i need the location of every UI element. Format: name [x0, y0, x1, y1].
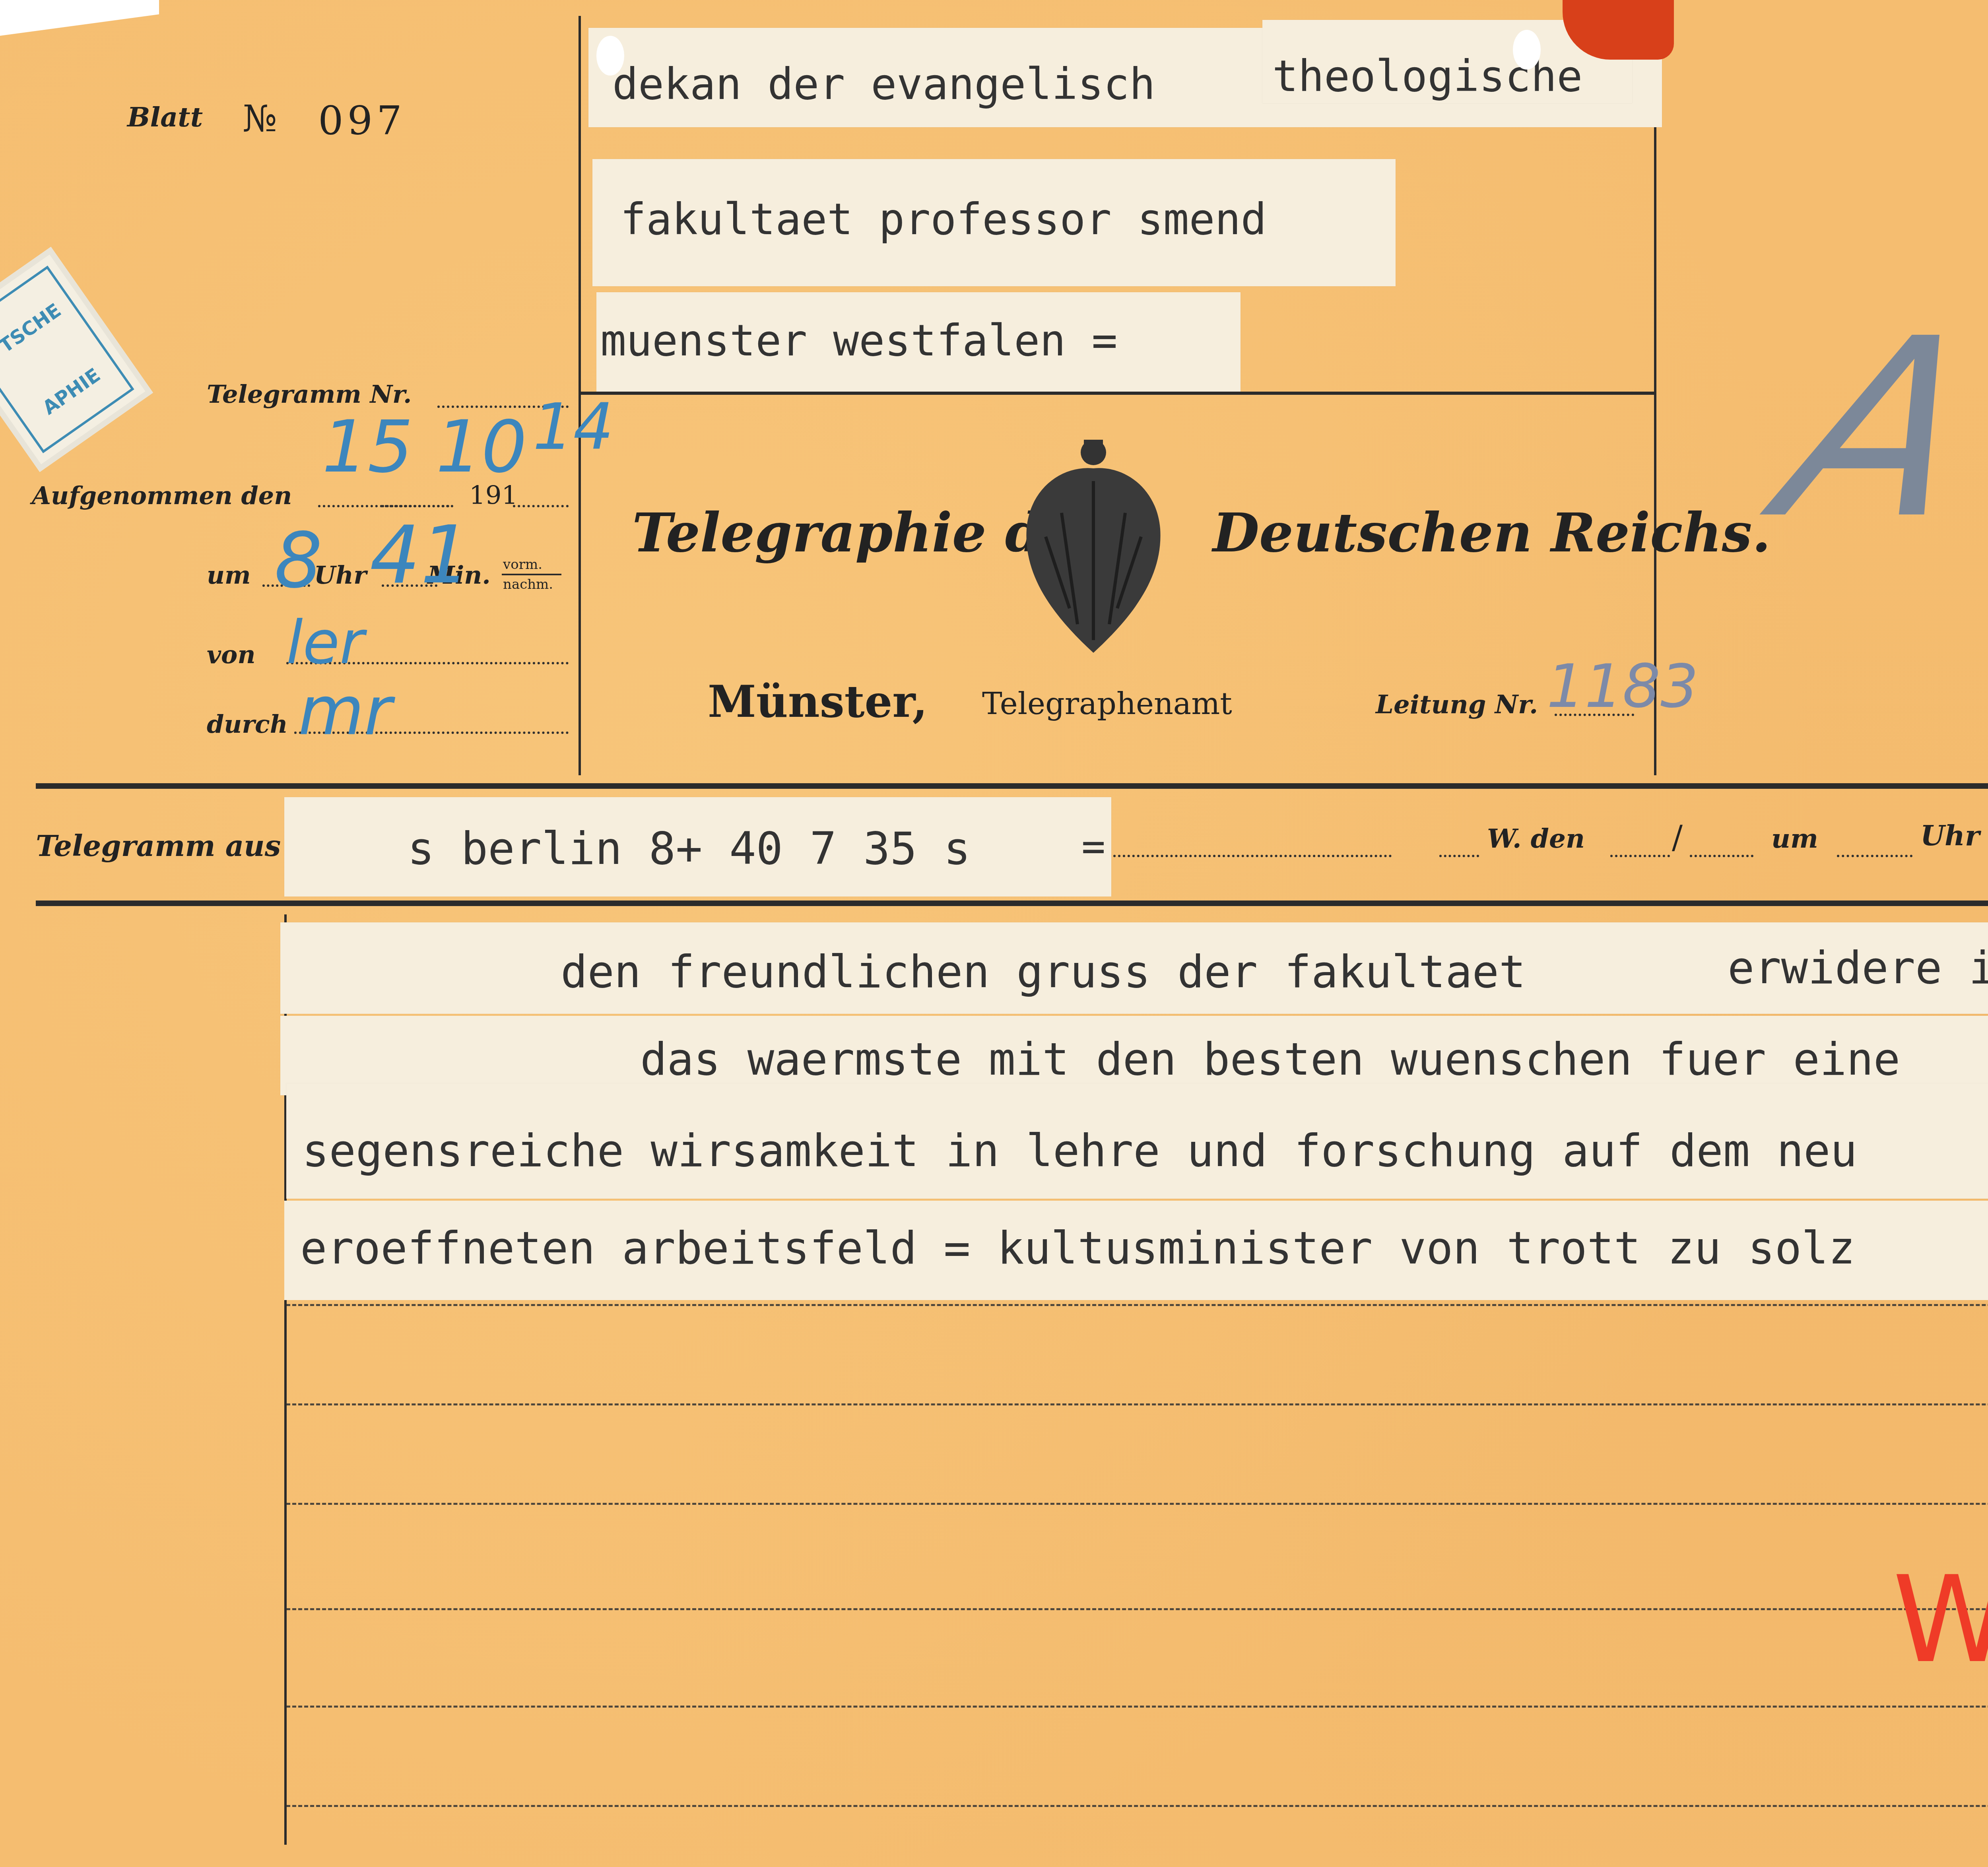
- year-field[interactable]: [513, 505, 569, 507]
- aufgenommen-month-field[interactable]: [382, 505, 453, 507]
- ruled-line-3: [286, 1304, 1988, 1306]
- um2-label: um: [1771, 823, 1818, 854]
- punch-hole-right: [1513, 30, 1541, 70]
- pencil-mark: A: [1730, 286, 1988, 573]
- torn-corner: [0, 0, 159, 36]
- hand-durch: mr: [298, 672, 392, 751]
- office-city: Münster,: [708, 676, 928, 727]
- ruled-line-8: [286, 1805, 1988, 1807]
- message-line-3: segensreiche wirsamkeit in lehre und for…: [302, 1125, 1857, 1177]
- address-line-2: fakultaet professor smend: [620, 195, 1267, 245]
- w-day-field[interactable]: [1610, 855, 1670, 857]
- uhr2-label: Uhr: [1920, 819, 1980, 852]
- origin-row-top-rule: [36, 783, 1988, 789]
- header-title-right: Deutschen Reichs.: [1213, 501, 1771, 564]
- durch-label: durch: [207, 710, 288, 739]
- stamp-text-top: TSCHE: [0, 299, 65, 357]
- stamp-text-bottom: APHIE: [39, 364, 105, 419]
- address-line-3: muenster westfalen =: [600, 316, 1117, 366]
- w-den-label: W. den: [1487, 823, 1585, 854]
- vorm-nachm-divider: [502, 574, 561, 575]
- um-label: um: [207, 561, 251, 590]
- origin-equals: =: [1081, 823, 1105, 869]
- ruled-line-6: [286, 1608, 1988, 1610]
- hand-von: ler: [286, 608, 364, 677]
- ruled-line-5: [286, 1503, 1988, 1505]
- blatt-label: Blatt: [127, 101, 203, 133]
- message-line-4: eroeffneten arbeitsfeld = kultusminister…: [300, 1223, 1855, 1274]
- w-month-field[interactable]: [1690, 855, 1753, 857]
- stamp-frame: TSCHE APHIE: [0, 266, 134, 453]
- leitung-label: Leitung Nr.: [1376, 690, 1538, 720]
- hand-minutes: 41: [370, 509, 471, 602]
- message-line-2: das waermste mit den besten wuenschen fu…: [640, 1034, 1900, 1085]
- vorm-label: vorm.: [503, 557, 542, 573]
- origin-fill-line[interactable]: [1113, 855, 1392, 857]
- date-slash: /: [1672, 819, 1683, 856]
- address-line-1a: dekan der evangelisch: [612, 60, 1155, 109]
- telegramm-nr-label: Telegramm Nr.: [207, 380, 412, 409]
- telegraph-stamp: TSCHE APHIE: [0, 247, 153, 472]
- telegramm-aus-label: Telegramm aus: [36, 829, 281, 863]
- w-prefix-field[interactable]: [1439, 855, 1479, 857]
- number-sign: №: [243, 97, 277, 140]
- office-name: Telegraphenamt: [982, 686, 1232, 721]
- telegram-form: Blatt № 097 TSCHE APHIE dekan der evange…: [0, 0, 1988, 1867]
- origin-line: s berlin 8+ 40 7 35 s: [408, 823, 971, 875]
- hour2-field[interactable]: [1837, 855, 1912, 857]
- hand-hour: 8: [274, 517, 322, 605]
- message-line-1a: den freundlichen gruss der fakultaet: [561, 946, 1526, 998]
- ruled-line-4: [286, 1403, 1988, 1405]
- leitung-value: 1183: [1547, 652, 1699, 721]
- header-divider: [580, 392, 1654, 395]
- aufgenommen-label: Aufgenommen den: [32, 481, 292, 510]
- message-line-1b: erwidere ich auf: [1728, 942, 1988, 994]
- von-label: von: [207, 640, 255, 669]
- nachm-label: nachm.: [503, 576, 553, 592]
- imperial-eagle-icon: [1010, 433, 1177, 656]
- blatt-number: 097: [318, 97, 406, 144]
- red-crayon-mark: W: [1893, 1551, 1988, 1689]
- hand-year: 14: [533, 390, 614, 464]
- punch-hole-left: [596, 36, 624, 76]
- hand-date: 15 10: [322, 406, 527, 489]
- ruled-line-7: [286, 1706, 1988, 1708]
- origin-row-bottom-rule: [36, 901, 1988, 906]
